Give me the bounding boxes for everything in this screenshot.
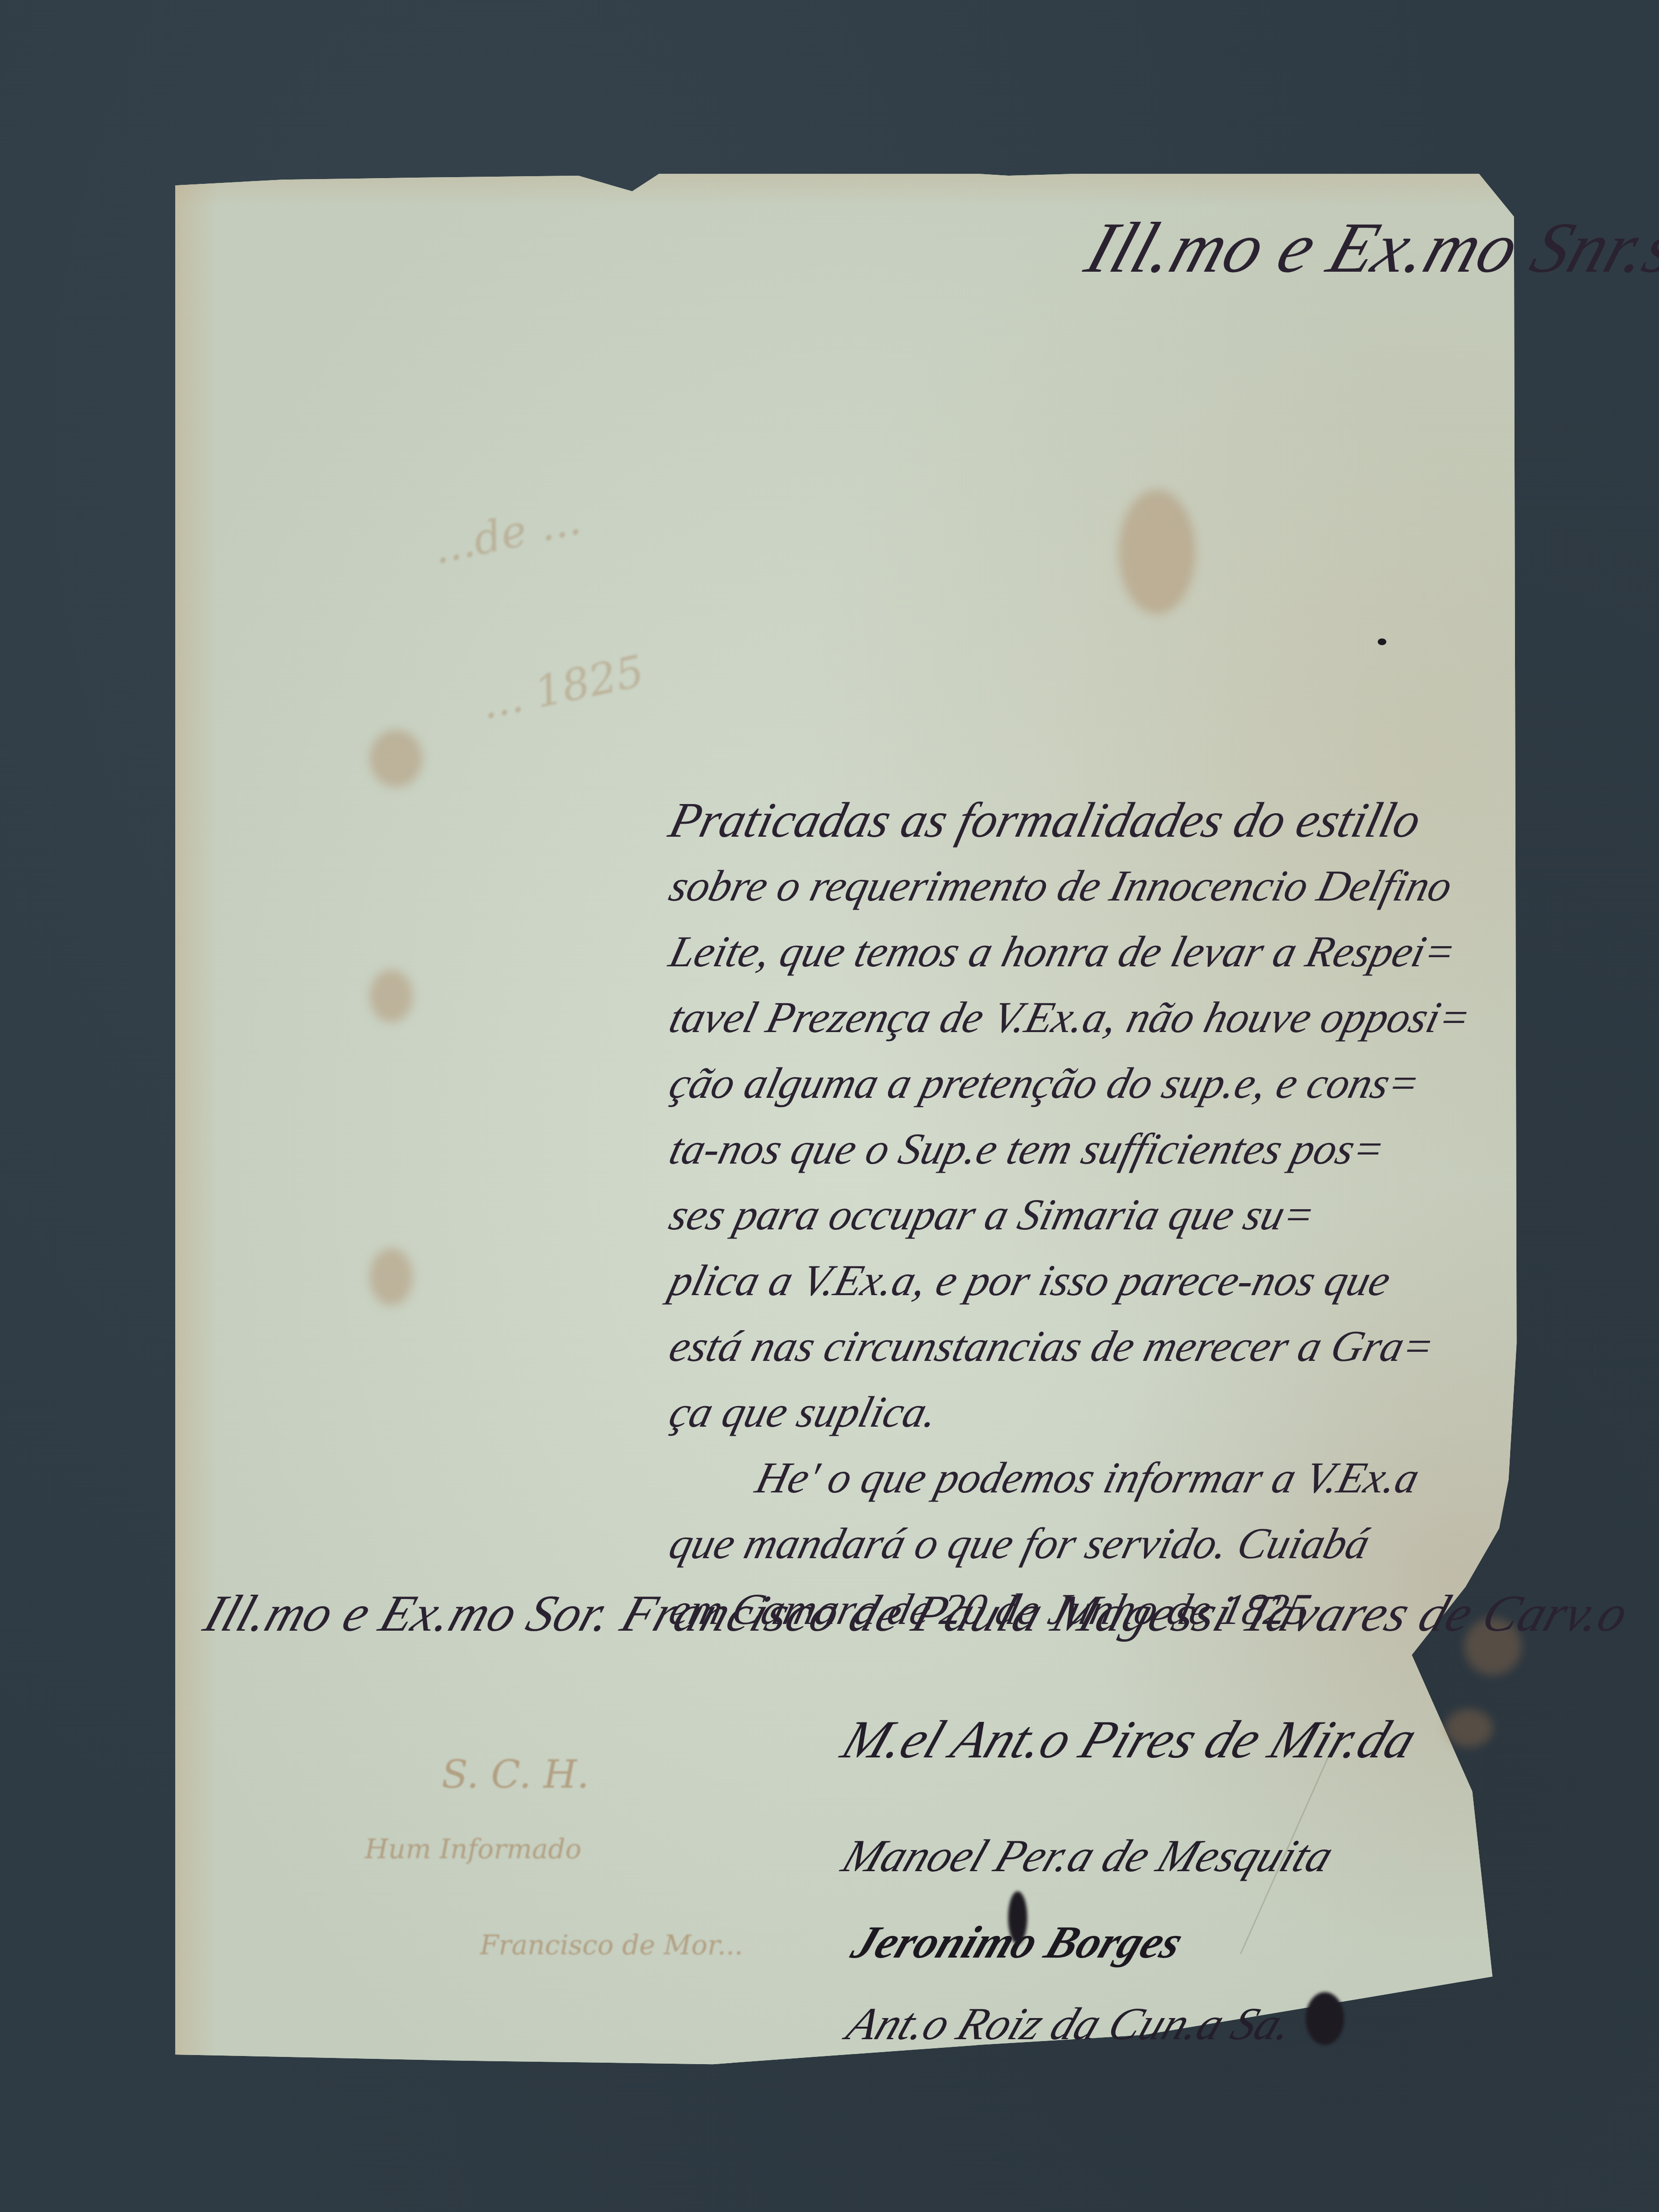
addressee-line: Ill.mo e Ex.mo Sor. Francisco de Paula M… [197, 1584, 1636, 1644]
signature: Ant.o Roiz da Cun.a Sa. [840, 1997, 1301, 2050]
body-line: plica a V.Ex.a, e por isso parece-nos qu… [662, 1248, 1538, 1313]
mounting-board: ...de ... ... 1825 Ill.mo e Ex.mo Snr.s … [0, 0, 1659, 2212]
faded-note: S. C. H. [442, 1752, 589, 1797]
body-line: ça que suplica. [662, 1379, 1538, 1445]
body-line: ção alguma a pretenção do sup.e, e cons= [662, 1050, 1538, 1116]
ink-dot [1378, 638, 1386, 645]
letter-body: Praticadas as formalidades do estillo so… [662, 787, 1522, 1642]
body-line: ses para occupar a Simaria que su= [662, 1182, 1538, 1248]
body-line: ta-nos que o Sup.e tem sufficientes pos= [662, 1116, 1538, 1182]
ink-stain [1118, 490, 1195, 614]
ink-blot [1008, 1891, 1027, 1944]
body-line: que mandará o que for servido. Cuiabá [662, 1511, 1538, 1576]
salutation: Ill.mo e Ex.mo Snr.s [1076, 206, 1659, 289]
signature: Manoel Per.a de Mesquita [835, 1829, 1341, 1882]
body-line: tavel Prezença de V.Ex.a, não houve oppo… [662, 985, 1538, 1050]
ink-stain [370, 970, 413, 1022]
body-line: Praticadas as formalidades do estillo [662, 787, 1538, 853]
faded-note: Hum Informado [365, 1834, 581, 1865]
ink-stain [370, 730, 422, 787]
ink-stain [370, 1248, 413, 1306]
body-line: Leite, que temos a honra de levar a Resp… [662, 919, 1538, 985]
ink-blot [1306, 1992, 1344, 2045]
body-line: está nas circunstancias de merecer a Gra… [662, 1313, 1538, 1379]
signature: M.el Ant.o Pires de Mir.da [834, 1709, 1425, 1771]
body-line: sobre o requerimento de Innocencio Delfi… [662, 853, 1538, 919]
faded-note: Francisco de Mor... [480, 1930, 743, 1961]
edge-stain [1445, 1709, 1493, 1747]
body-line: He' o que podemos informar a V.Ex.a [662, 1445, 1538, 1511]
